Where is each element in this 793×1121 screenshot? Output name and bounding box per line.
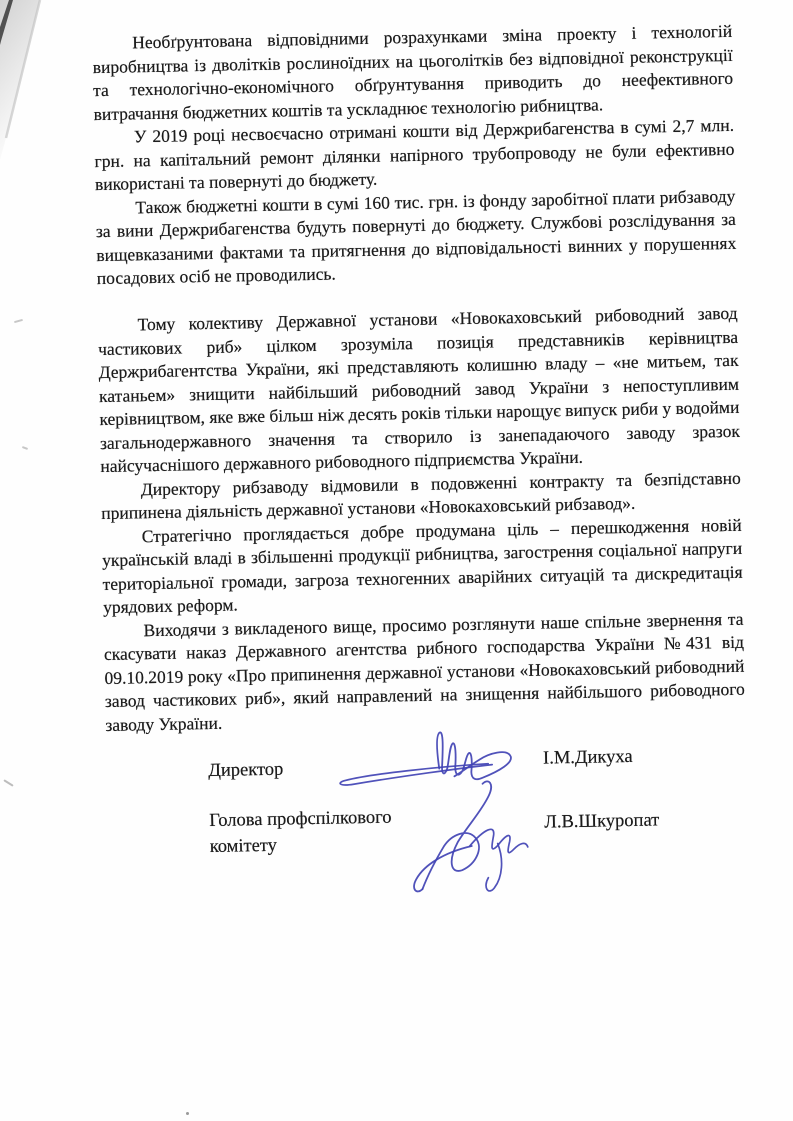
signatory-name-union-head: Л.В.Шкуропат bbox=[544, 810, 659, 833]
paragraph-7: Виходячи з викладеного вище, просимо роз… bbox=[103, 607, 745, 737]
letter-body: Необґрунтована відповідними розрахунками… bbox=[92, 20, 750, 953]
scan-speck bbox=[14, 319, 23, 323]
scan-speck bbox=[3, 779, 13, 787]
scan-speck bbox=[186, 1112, 189, 1115]
signatory-title-union-head: Голова профспілкового комітету bbox=[209, 804, 430, 860]
paragraph-1: Необґрунтована відповідними розрахунками… bbox=[92, 20, 734, 126]
paragraph-3: Також бюджетні кошти в сумі 160 тис. грн… bbox=[95, 184, 737, 290]
paragraph-2: У 2019 році несвоєчасно отримані кошти в… bbox=[94, 114, 735, 197]
paragraph-6: Стратегічно проглядається добре продуман… bbox=[102, 513, 744, 619]
signature-block: Директор І.М.Дикуха Голова профспілковог… bbox=[106, 741, 750, 953]
scan-speck bbox=[22, 446, 28, 450]
scanned-letter-page: Необґрунтована відповідними розрахунками… bbox=[0, 0, 793, 1121]
signatory-name-director: І.М.Дикуха bbox=[543, 747, 633, 770]
union-head-signature-ink bbox=[406, 776, 558, 904]
paragraph-4: Тому колективу Державної установи «Новок… bbox=[97, 302, 740, 479]
signatory-title-director: Директор bbox=[208, 760, 283, 782]
